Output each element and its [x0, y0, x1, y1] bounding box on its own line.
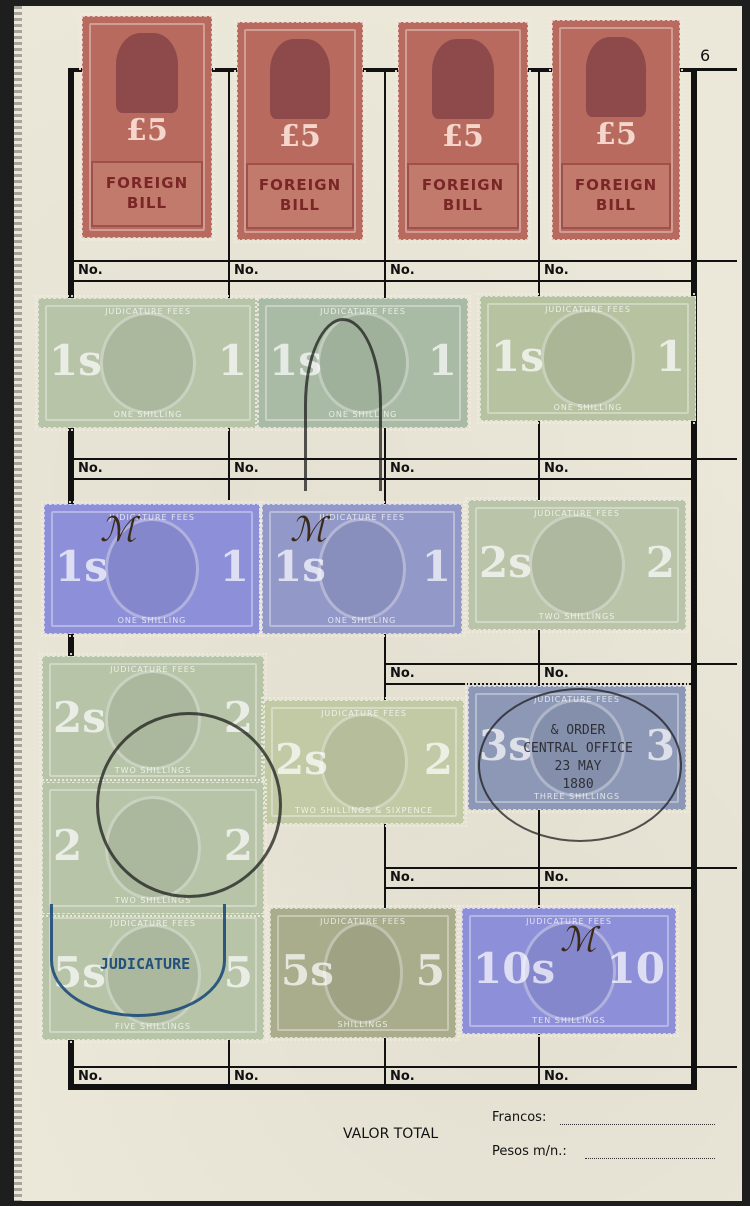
slot-number-label: No.	[390, 666, 415, 681]
stamp-judicature-1s[interactable]: 1s1ONE SHILLINGJUDICATURE FEES	[480, 296, 696, 421]
stamp-inscription: FOREIGN	[248, 175, 352, 195]
stamp-inscription: BILL	[93, 193, 201, 213]
portrait	[270, 39, 330, 119]
stamp-foreign-bill-5-pounds[interactable]: £5FOREIGNBILL	[237, 22, 363, 240]
stamp-inscription: BILL	[563, 195, 669, 215]
stamp-judicature-2s6d[interactable]: 2s2TWO SHILLINGS & SIXPENCEJUDICATURE FE…	[264, 700, 464, 824]
slot-number-label: No.	[78, 263, 103, 278]
grid-line	[697, 68, 737, 71]
slot-number-label: No.	[78, 1069, 103, 1084]
stamp-inscription: BILL	[248, 195, 352, 215]
portrait-oval	[529, 514, 624, 616]
grid-line	[72, 1066, 694, 1068]
portrait-oval	[320, 713, 407, 811]
stamp-header: JUDICATURE FEES	[45, 513, 259, 522]
torn-edge	[14, 6, 22, 1201]
stamp-value: 2s	[479, 538, 532, 587]
stamp-caption: TWO SHILLINGS & SIXPENCE	[265, 806, 463, 815]
manuscript-cancel: ℳ	[560, 920, 596, 960]
manuscript-cancel: ℳ	[290, 510, 326, 550]
stamp-value: 1	[218, 336, 247, 385]
grid-line	[72, 458, 694, 460]
stamp-header: JUDICATURE FEES	[39, 307, 257, 316]
francos-label: Francos:	[492, 1110, 546, 1125]
stamp-value: 2	[646, 538, 675, 587]
stamp-value: £5	[238, 119, 362, 154]
slot-number-label: No.	[234, 263, 259, 278]
stamp-judicature-5s[interactable]: 5s5SHILLINGSJUDICATURE FEES	[270, 908, 456, 1038]
slot-number-label: No.	[544, 461, 569, 476]
grid-line	[72, 260, 694, 262]
grid-line	[72, 1086, 694, 1088]
grid-line	[72, 280, 694, 282]
slot-number-label: No.	[390, 1069, 415, 1084]
grid-line	[697, 867, 737, 869]
label-panel: FOREIGNBILL	[91, 161, 203, 227]
stamp-value: 5s	[281, 946, 334, 995]
slot-number-label: No.	[390, 461, 415, 476]
stamp-value: 10s	[473, 944, 555, 993]
pesos-label: Pesos m/n.:	[492, 1144, 567, 1159]
stamp-inscription: FOREIGN	[409, 175, 517, 195]
stamp-judicature-1s[interactable]: 1s1ONE SHILLINGJUDICATURE FEES	[44, 504, 260, 634]
grid-line	[697, 260, 737, 262]
grid-line	[384, 68, 386, 300]
stamp-caption: TWO SHILLINGS	[469, 612, 685, 621]
stamp-header: JUDICATURE FEES	[259, 307, 467, 316]
grid-line	[538, 68, 540, 300]
stamp-caption: ONE SHILLING	[39, 410, 257, 419]
stamp-value: 2	[53, 821, 82, 870]
stamp-caption: FIVE SHILLINGS	[43, 1022, 263, 1031]
portrait-oval	[541, 309, 635, 407]
stamp-value: 2s	[275, 735, 328, 784]
slot-number-label: No.	[390, 870, 415, 885]
stamp-foreign-bill-5-pounds[interactable]: £5FOREIGNBILL	[398, 22, 528, 240]
stamp-judicature-1s[interactable]: 1s1ONE SHILLINGJUDICATURE FEES	[38, 298, 258, 428]
stamp-header: JUDICATURE FEES	[469, 509, 685, 518]
stamp-value: 1	[428, 336, 457, 385]
stamp-value: 1	[656, 332, 685, 381]
stamp-value: 2s	[53, 693, 106, 742]
stamp-header: JUDICATURE FEES	[481, 305, 695, 314]
stamp-value: 1s	[491, 332, 544, 381]
label-panel: FOREIGNBILL	[246, 163, 354, 229]
slot-number-label: No.	[234, 461, 259, 476]
portrait-oval	[323, 922, 404, 1024]
cancel-text: JUDICATURE	[80, 955, 210, 973]
slot-number-label: No.	[390, 263, 415, 278]
stamp-caption: TEN SHILLINGS	[463, 1016, 675, 1025]
manuscript-cancel: ℳ	[100, 510, 136, 550]
postmark-text: & ORDERCENTRAL OFFICE23 MAY1880	[488, 722, 668, 794]
stamp-caption: ONE SHILLING	[263, 616, 461, 625]
stamp-caption: SHILLINGS	[271, 1020, 455, 1029]
portrait-oval	[318, 518, 405, 620]
grid-line	[72, 478, 694, 480]
stamp-inscription: FOREIGN	[93, 173, 201, 193]
stamp-value: £5	[399, 119, 527, 154]
stamp-value: £5	[83, 113, 211, 148]
pesos-field[interactable]	[585, 1158, 715, 1159]
slot-number-label: No.	[544, 263, 569, 278]
stamp-header: JUDICATURE FEES	[43, 665, 263, 674]
stamp-judicature-2s[interactable]: 2s2TWO SHILLINGSJUDICATURE FEES	[468, 500, 686, 630]
postmark-supreme-court	[96, 712, 282, 898]
stamp-value: 5	[224, 948, 253, 997]
label-panel: FOREIGNBILL	[407, 163, 519, 229]
portrait	[586, 37, 647, 117]
slot-number-label: No.	[544, 870, 569, 885]
stamp-header: JUDICATURE FEES	[271, 917, 455, 926]
stamp-value: 1s	[49, 336, 102, 385]
slot-number-label: No.	[544, 666, 569, 681]
portrait	[432, 39, 493, 119]
stamp-foreign-bill-5-pounds[interactable]: £5FOREIGNBILL	[552, 20, 680, 240]
grid-line	[697, 458, 737, 460]
total-value-label: VALOR TOTAL	[343, 1126, 438, 1142]
stamp-inscription: BILL	[409, 195, 517, 215]
grid-line	[691, 68, 697, 1088]
stamp-value: 1	[422, 542, 451, 591]
stamp-value: 10	[607, 944, 665, 993]
grid-line	[228, 68, 230, 300]
francos-field[interactable]	[560, 1124, 715, 1125]
grid-line	[697, 1066, 737, 1068]
cancel-mark	[304, 318, 382, 491]
slot-number-label: No.	[544, 1069, 569, 1084]
page-number: 6	[700, 46, 710, 65]
slot-number-label: No.	[234, 1069, 259, 1084]
stamp-value: 2	[424, 735, 453, 784]
stamp-value: 5	[416, 946, 445, 995]
slot-number-label: No.	[78, 461, 103, 476]
stamp-header: JUDICATURE FEES	[265, 709, 463, 718]
stamp-value: £5	[553, 117, 679, 152]
label-panel: FOREIGNBILL	[561, 163, 671, 229]
grid-line	[697, 663, 737, 665]
stamp-caption: ONE SHILLING	[45, 616, 259, 625]
portrait	[116, 33, 177, 113]
stamp-foreign-bill-5-pounds[interactable]: £5FOREIGNBILL	[82, 16, 212, 238]
stamp-value: 1	[220, 542, 249, 591]
stamp-caption: ONE SHILLING	[481, 403, 695, 412]
stamp-inscription: FOREIGN	[563, 175, 669, 195]
portrait-oval	[100, 312, 196, 414]
